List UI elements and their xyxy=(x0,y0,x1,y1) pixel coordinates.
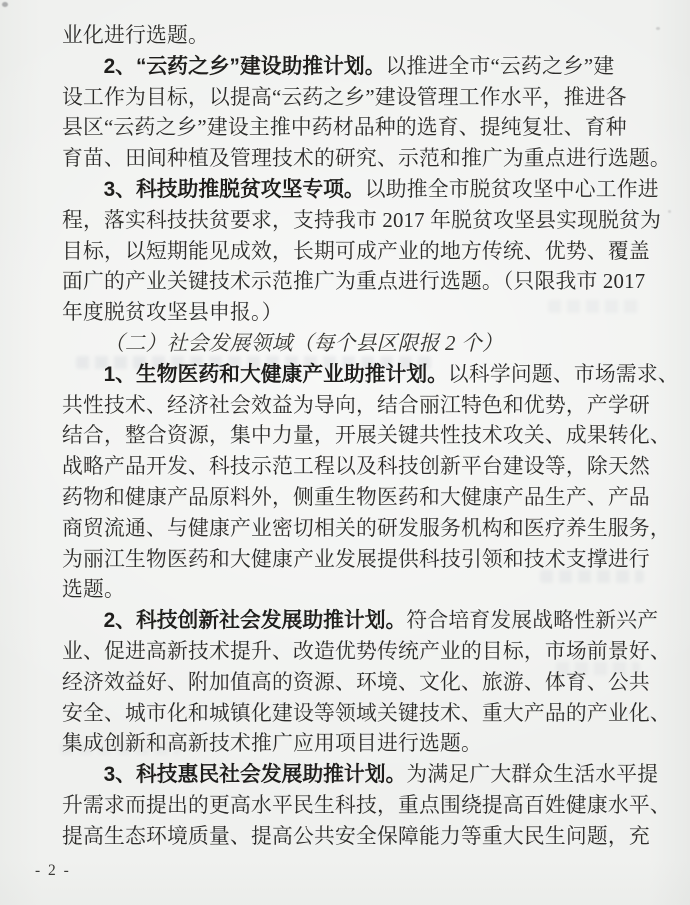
paragraph-text: 以推进全市“云药之乡”建 xyxy=(386,55,615,78)
paragraph-text: 共性技术、经济社会效益为导向，结合丽江特色和优势，产学研 xyxy=(62,394,650,417)
paragraph-text: 以助推全市脱贫攻坚中心工作进 xyxy=(365,178,659,201)
paragraph-text: 业、促进高新技术提升、改造优势传统产业的目标，市场前景好、 xyxy=(62,640,671,663)
paragraph-text: 商贸流通、与健康产业密切相关的研发服务机构和医疗养生服务， xyxy=(62,517,671,540)
text-line: 设工作为目标，以提高“云药之乡”建设管理工作水平，推进各 xyxy=(62,83,650,114)
paragraph-text: 目标，以短期能见成效，长期可成产业的地方传统、优势、覆盖 xyxy=(62,240,650,263)
text-line: 2、科技创新社会发展助推计划。符合培育发展战略性新兴产 xyxy=(62,606,650,637)
text-line: 集成创新和高新技术推广应用项目进行选题。 xyxy=(62,729,650,760)
paragraph-text: 县区“云药之乡”建设主推中药材品种的选育、提纯复壮、育种 xyxy=(62,116,627,139)
paragraph-text: 符合培育发展战略性新兴产 xyxy=(406,609,658,632)
paragraph-text: 药物和健康产品原料外，侧重生物医药和大健康产品生产、产品 xyxy=(62,486,650,509)
scan-speck xyxy=(656,27,660,30)
paragraph-text: 程，落实科技扶贫要求，支持我市 2017 年脱贫攻坚县实现脱贫为 xyxy=(62,209,661,232)
text-line: 提高生态环境质量、提高公共安全保障能力等重大民生问题，充 xyxy=(62,822,650,853)
text-line: 药物和健康产品原料外，侧重生物医药和大健康产品生产、产品 xyxy=(62,483,650,514)
text-line: 面广的产业关键技术示范推广为重点进行选题。（只限我市 2017 xyxy=(62,267,650,298)
paragraph-heading: 3、科技助推脱贫攻坚专项。 xyxy=(104,178,365,201)
text-line: 战略产品开发、科技示范工程以及科技创新平台建设等，除天然 xyxy=(62,452,650,483)
paragraph-heading: 2、“云药之乡”建设助推计划。 xyxy=(104,55,386,78)
scan-speck xyxy=(668,210,671,213)
text-line: 安全、城市化和城镇化建设等领域关键技术、重大产品的产业化、 xyxy=(62,699,650,730)
text-line: 3、科技惠民社会发展助推计划。为满足广大群众生活水平提 xyxy=(62,760,650,791)
text-line: 结合，整合资源，集中力量，开展关键共性技术攻关、成果转化、 xyxy=(62,421,650,452)
paragraph-text: （二）社会发展领域（每个县区限报 2 个） xyxy=(104,332,503,355)
paragraph-text: 集成创新和高新技术推广应用项目进行选题。 xyxy=(62,732,482,755)
paragraph-text: 为满足广大群众生活水平提 xyxy=(406,763,658,786)
paragraph-heading: 2、科技创新社会发展助推计划。 xyxy=(104,609,407,632)
text-line: 县区“云药之乡”建设主推中药材品种的选育、提纯复壮、育种 xyxy=(62,113,650,144)
text-line: 共性技术、经济社会效益为导向，结合丽江特色和优势，产学研 xyxy=(62,391,650,422)
text-line: 经济效益好、附加值高的资源、环境、文化、旅游、体育、公共 xyxy=(62,668,650,699)
text-line: 育苗、田间种植及管理技术的研究、示范和推广为重点进行选题。 xyxy=(62,144,650,175)
paragraph-heading: 3、科技惠民社会发展助推计划。 xyxy=(104,763,407,786)
text-line: 目标，以短期能见成效，长期可成产业的地方传统、优势、覆盖 xyxy=(62,237,650,268)
paragraph-text: 育苗、田间种植及管理技术的研究、示范和推广为重点进行选题。 xyxy=(62,147,671,170)
paragraph-text: 战略产品开发、科技示范工程以及科技创新平台建设等，除天然 xyxy=(62,455,650,478)
text-line: 程，落实科技扶贫要求，支持我市 2017 年脱贫攻坚县实现脱贫为 xyxy=(62,206,650,237)
paragraph-text: 选题。 xyxy=(62,578,125,601)
paragraph-text: 面广的产业关键技术示范推广为重点进行选题。（只限我市 2017 xyxy=(62,270,645,293)
paragraph-text: 安全、城市化和城镇化建设等领域关键技术、重大产品的产业化、 xyxy=(62,702,671,725)
paragraph-text: 经济效益好、附加值高的资源、环境、文化、旅游、体育、公共 xyxy=(62,671,650,694)
paragraph-text: 年度脱贫攻坚县申报。） xyxy=(62,301,283,324)
document-lines: 业化进行选题。2、“云药之乡”建设助推计划。以推进全市“云药之乡”建设工作为目标… xyxy=(62,21,650,853)
page-number: - 2 - xyxy=(35,862,71,880)
section-heading-line: （二）社会发展领域（每个县区限报 2 个） xyxy=(62,329,650,360)
paragraph-text: 业化进行选题。 xyxy=(62,24,209,47)
text-line: 升需求而提出的更高水平民生科技，重点围绕提高百姓健康水平、 xyxy=(62,791,650,822)
text-line: 年度脱贫攻坚县申报。） xyxy=(62,298,650,329)
text-line: 3、科技助推脱贫攻坚专项。以助推全市脱贫攻坚中心工作进 xyxy=(62,175,650,206)
text-line: 商贸流通、与健康产业密切相关的研发服务机构和医疗养生服务， xyxy=(62,514,650,545)
scan-speck xyxy=(2,2,8,7)
paragraph-text: 提高生态环境质量、提高公共安全保障能力等重大民生问题，充 xyxy=(62,825,650,848)
paragraph-text: 以科学问题、市场需求、 xyxy=(448,363,679,386)
text-line: 选题。 xyxy=(62,575,650,606)
paragraph-text: 结合，整合资源，集中力量，开展关键共性技术攻关、成果转化、 xyxy=(62,424,671,447)
text-line: 2、“云药之乡”建设助推计划。以推进全市“云药之乡”建 xyxy=(62,52,650,83)
text-line: 为丽江生物医药和大健康产业发展提供科技引领和技术支撑进行 xyxy=(62,545,650,576)
paragraph-text: 为丽江生物医药和大健康产业发展提供科技引领和技术支撑进行 xyxy=(62,548,650,571)
paragraph-text: 设工作为目标，以提高“云药之乡”建设管理工作水平，推进各 xyxy=(62,86,627,109)
paragraph-heading: 1、生物医药和大健康产业助推计划。 xyxy=(104,363,448,386)
text-line: 业化进行选题。 xyxy=(62,21,650,52)
paragraph-text: 升需求而提出的更高水平民生科技，重点围绕提高百姓健康水平、 xyxy=(62,794,671,817)
text-line: 1、生物医药和大健康产业助推计划。以科学问题、市场需求、 xyxy=(62,360,650,391)
text-line: 业、促进高新技术提升、改造优势传统产业的目标，市场前景好、 xyxy=(62,637,650,668)
scanned-page: 业化进行选题。2、“云药之乡”建设助推计划。以推进全市“云药之乡”建设工作为目标… xyxy=(0,0,690,905)
